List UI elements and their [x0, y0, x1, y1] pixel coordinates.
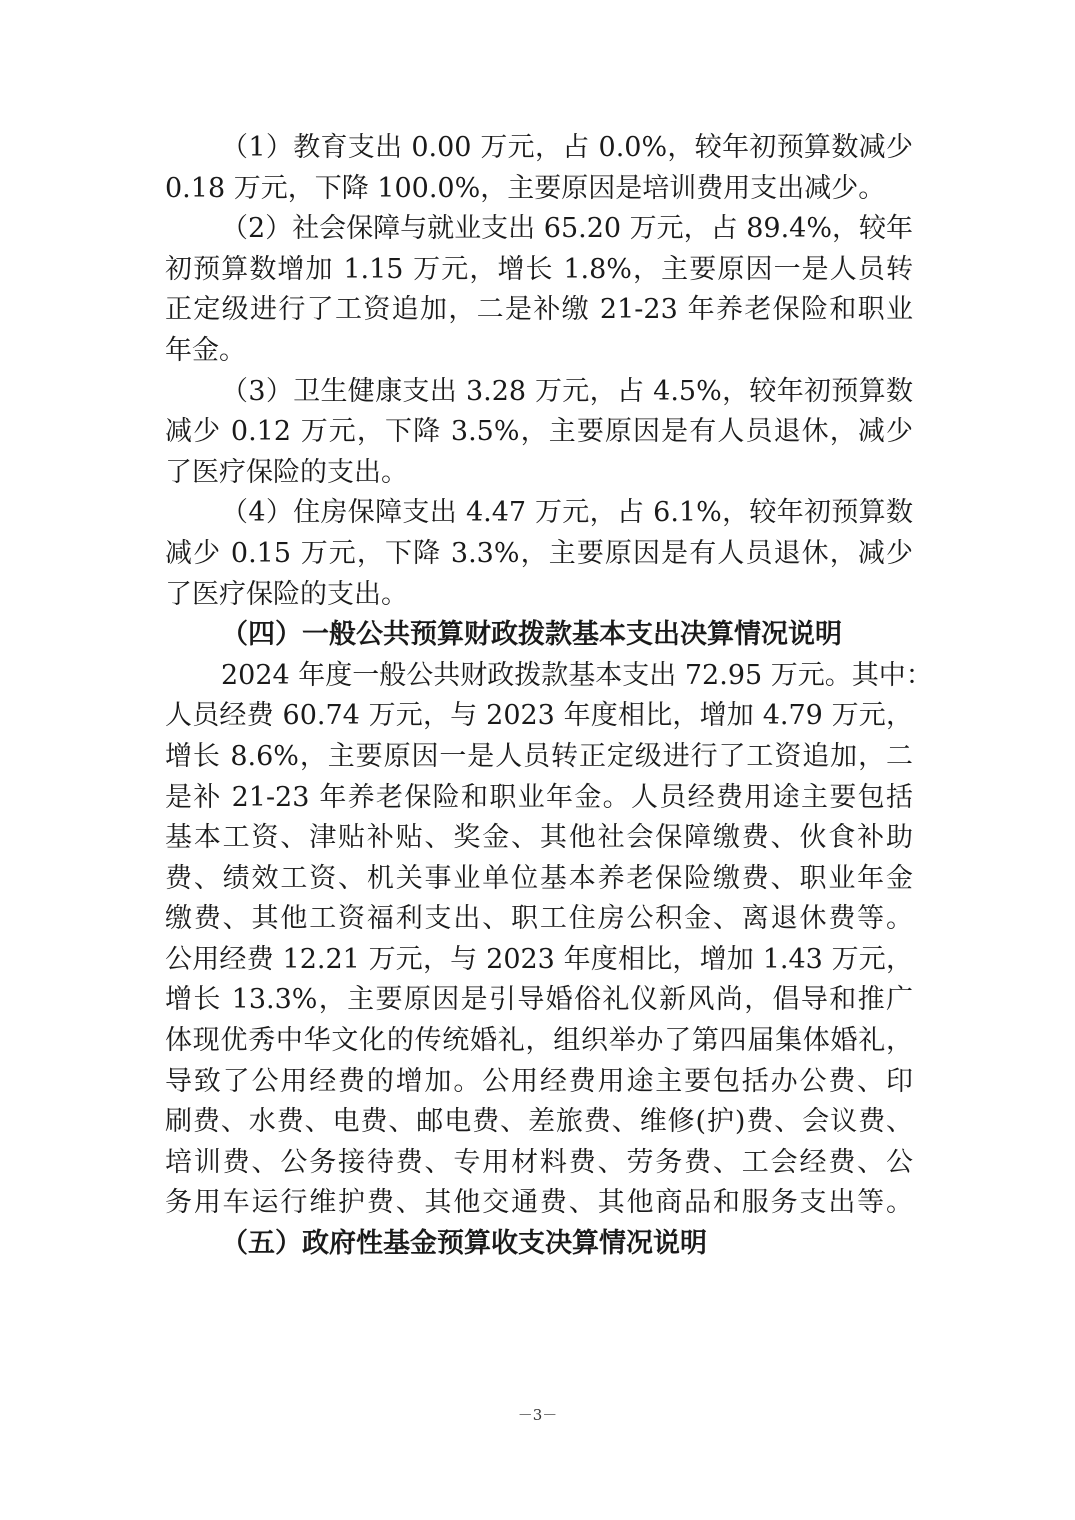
- text-line: 务用车运行维护费、其他交通费、其他商品和服务支出等。: [165, 1183, 913, 1224]
- text-line: 体现优秀中华文化的传统婚礼，组织举办了第四届集体婚礼，: [165, 1021, 913, 1062]
- text-line: 费、绩效工资、机关事业单位基本养老保险缴费、职业年金: [165, 859, 913, 900]
- text-line: 刷费、水费、电费、邮电费、差旅费、维修(护)费、会议费、: [165, 1102, 913, 1143]
- text-line: 2024 年度一般公共财政拨款基本支出 72.95 万元。其中：: [165, 656, 913, 697]
- text-line: 初预算数增加 1.15 万元，增长 1.8%，主要原因一是人员转: [165, 250, 913, 291]
- section-heading-basic-expenditure: （四）一般公共预算财政拨款基本支出决算情况说明: [165, 615, 913, 656]
- text-line: 培训费、公务接待费、专用材料费、劳务费、工会经费、公: [165, 1143, 913, 1184]
- text-line: 了医疗保险的支出。: [165, 453, 913, 494]
- text-line: 人员经费 60.74 万元，与 2023 年度相比，增加 4.79 万元，: [165, 696, 913, 737]
- paragraph-basic-expenditure: 2024 年度一般公共财政拨款基本支出 72.95 万元。其中： 人员经费 60…: [165, 656, 913, 1224]
- section-heading-government-fund: （五）政府性基金预算收支决算情况说明: [165, 1224, 913, 1265]
- text-line: 了医疗保险的支出。: [165, 575, 913, 616]
- paragraph-social-security: （2）社会保障与就业支出 65.20 万元，占 89.4%，较年 初预算数增加 …: [165, 209, 913, 371]
- text-line: 是补 21-23 年养老保险和职业年金。人员经费用途主要包括: [165, 778, 913, 819]
- text-line: 导致了公用经费的增加。公用经费用途主要包括办公费、印: [165, 1062, 913, 1103]
- text-line: 正定级进行了工资追加，二是补缴 21-23 年养老保险和职业: [165, 290, 913, 331]
- text-line: 增长 8.6%，主要原因一是人员转正定级进行了工资追加，二: [165, 737, 913, 778]
- paragraph-health: （3）卫生健康支出 3.28 万元，占 4.5%，较年初预算数 减少 0.12 …: [165, 372, 913, 494]
- text-line: 减少 0.12 万元，下降 3.5%，主要原因是有人员退休，减少: [165, 412, 913, 453]
- text-line: （3）卫生健康支出 3.28 万元，占 4.5%，较年初预算数: [165, 372, 913, 413]
- text-line: 增长 13.3%，主要原因是引导婚俗礼仪新风尚，倡导和推广: [165, 980, 913, 1021]
- page-number: －3－: [0, 1404, 1075, 1425]
- paragraph-housing: （4）住房保障支出 4.47 万元，占 6.1%，较年初预算数 减少 0.15 …: [165, 493, 913, 615]
- text-line: 公用经费 12.21 万元，与 2023 年度相比，增加 1.43 万元，: [165, 940, 913, 981]
- text-line: 缴费、其他工资福利支出、职工住房公积金、离退休费等。: [165, 899, 913, 940]
- paragraph-education: （1）教育支出 0.00 万元，占 0.0%，较年初预算数减少 0.18 万元，…: [165, 128, 913, 209]
- text-line: （1）教育支出 0.00 万元，占 0.0%，较年初预算数减少: [165, 128, 913, 169]
- text-line: 减少 0.15 万元，下降 3.3%，主要原因是有人员退休，减少: [165, 534, 913, 575]
- text-line: 年金。: [165, 331, 913, 372]
- text-line: （4）住房保障支出 4.47 万元，占 6.1%，较年初预算数: [165, 493, 913, 534]
- text-line: 0.18 万元，下降 100.0%，主要原因是培训费用支出减少。: [165, 169, 913, 210]
- text-line: 基本工资、津贴补贴、奖金、其他社会保障缴费、伙食补助: [165, 818, 913, 859]
- document-page: （1）教育支出 0.00 万元，占 0.0%，较年初预算数减少 0.18 万元，…: [165, 128, 913, 1265]
- text-line: （2）社会保障与就业支出 65.20 万元，占 89.4%，较年: [165, 209, 913, 250]
